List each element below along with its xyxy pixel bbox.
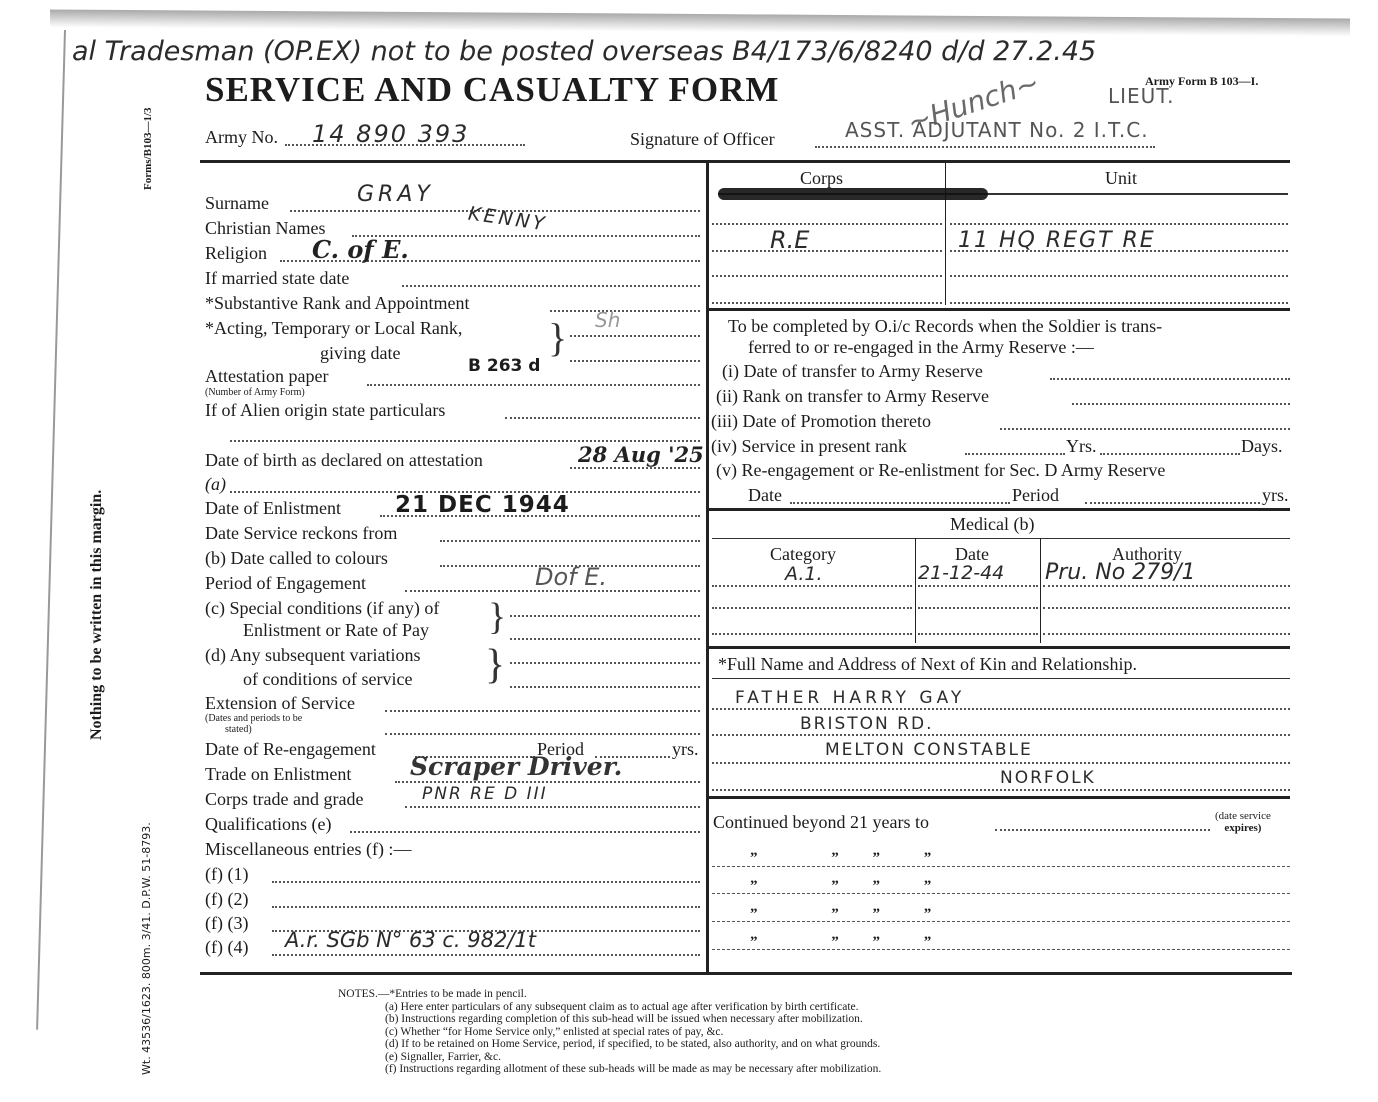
misc-entry-4-value: A.r. SGb N° 63 c. 982/1t [285,928,536,952]
medical-date-value: 21-12-44 [918,562,1004,584]
misc-entry-label: (f) (2) [205,889,248,910]
christian-names-label: Christian Names [205,218,325,239]
acting-rank-mark: Sh [595,308,620,332]
trade-label: Trade on Enlistment [205,764,351,785]
note-item: (e) Signaller, Farrier, &c. [385,1051,881,1064]
ditto-marks: ” ” ” ” [750,850,931,867]
next-of-kin-rule [712,678,1290,679]
surname-value: GRAY [357,182,434,207]
brace: } [488,598,506,636]
reserve-item-5: (v) Re-engagement or Re-enlistment for S… [716,460,1165,481]
christian-names-value: KENNY [467,203,549,236]
extension-sublabel-2: stated) [225,725,252,735]
corps-trade-value: PNR RE D III [422,784,548,804]
medical-col-divider [915,538,916,643]
misc-label: Miscellaneous entries (f) :— [205,839,411,860]
unit-header: Unit [1105,168,1137,189]
handwritten-posting-note: al Tradesman (OP.EX) not to be posted ov… [72,36,1096,67]
signature-line [815,146,1155,148]
reserve-yrs-label: Yrs. [1066,436,1097,457]
notes-list: (a) Here enter particulars of any subseq… [338,1001,881,1076]
a-label: (a) [205,474,226,495]
corps-trade-label: Corps trade and grade [205,789,363,810]
service-reckons-label: Date Service reckons from [205,523,397,544]
scan-shadow-band [50,9,1350,36]
reserve-period-label: Period [1012,485,1059,506]
section-rule [709,308,1290,311]
continued-suffix-2: expires) [1215,822,1271,834]
note-item: (c) Whether “for Home Service only,” enl… [385,1026,881,1039]
enlistment-label: Date of Enlistment [205,498,341,519]
stamp-title: ASST. ADJUTANT No. 2 I.T.C. [845,118,1149,142]
engagement-label: Period of Engagement [205,573,366,594]
reengagement-yrs-label: yrs. [672,739,699,760]
redaction-strike [718,188,988,200]
next-of-kin-line: BRISTON RD. [800,714,933,734]
continued-suffix-1: (date service [1215,810,1271,822]
paper-edge [36,30,66,1030]
corps-unit-divider [945,160,946,305]
misc-entry-label: (f) (1) [205,864,248,885]
called-colours-label: (b) Date called to colours [205,548,388,569]
attestation-sublabel: (Number of Army Form) [205,388,305,398]
brace: } [485,644,505,686]
margin-warning: Nothing to be written in this margin. [88,490,106,740]
enlistment-date-stamp: 21 DEC 1944 [395,492,570,518]
surname-label: Surname [205,193,269,214]
variations-label: (d) Any subsequent variations [205,645,420,666]
acting-rank-label: *Acting, Temporary or Local Rank, [205,318,462,339]
corps-header: Corps [800,168,843,189]
trade-value: Scraper Driver. [410,752,622,781]
medical-title: Medical (b) [950,514,1034,535]
misc-entry-label: (f) (3) [205,913,248,934]
medical-col-divider [1040,538,1041,643]
special-conditions-label: (c) Special conditions (if any) of [205,598,439,619]
attestation-value: B 263 d [468,356,540,376]
section-rule [709,646,1290,649]
reserve-yrs-suffix: yrs. [1262,485,1289,506]
army-no-label: Army No. [205,127,278,148]
substantive-rank-label: *Substantive Rank and Appointment [205,293,469,314]
qualifications-label: Qualifications (e) [205,814,331,835]
reserve-item-2: (ii) Rank on transfer to Army Reserve [716,386,989,407]
attestation-label: Attestation paper [205,366,328,387]
religion-value: C. of E. [312,235,409,264]
printer-imprint: Wt. 43536/1623. 800m. 3/41. D.P.W. 51-87… [140,822,153,1075]
top-rule [200,160,1290,163]
medical-authority-value: Pru. No 279/1 [1045,560,1196,585]
army-no-value: 14 890 393 [312,120,469,148]
next-of-kin-title: *Full Name and Address of Next of Kin an… [718,654,1137,675]
note-item: (d) If to be retained on Home Service, p… [385,1038,881,1051]
stamp-rank: LIEUT. [1108,84,1175,108]
brace: } [548,318,567,358]
reserve-item-3: (iii) Date of Promotion thereto [711,411,931,432]
reserve-item-1: (i) Date of transfer to Army Reserve [722,361,983,382]
special-conditions-label-2: Enlistment or Rate of Pay [243,620,429,641]
reserve-days-label: Days. [1241,436,1283,457]
note-item: (b) Instructions regarding completion of… [385,1013,881,1026]
next-of-kin-line: NORFOLK [1000,768,1096,788]
dob-label: Date of birth as declared on attestation [205,450,483,471]
center-divider [706,160,709,975]
medical-rule [712,538,1290,539]
misc-entry-label: (f) (4) [205,937,248,958]
continued-suffix: (date service expires) [1215,810,1271,834]
page-title: SERVICE AND CASUALTY FORM [205,70,779,110]
reengagement-label: Date of Re-engagement [205,739,376,760]
section-rule [709,508,1290,511]
note-item: (a) Here enter particulars of any subseq… [385,1001,881,1014]
continued-label: Continued beyond 21 years to [713,812,929,833]
next-of-kin-line: MELTON CONSTABLE [825,740,1033,760]
signature-label: Signature of Officer [630,129,775,150]
notes-heading: NOTES.—*Entries to be made in pencil. [338,988,881,1001]
married-label: If married state date [205,268,349,289]
variations-label-2: of conditions of service [243,669,412,690]
extension-label: Extension of Service [205,693,355,714]
margin-form-code: Forms/B103—1/3 [142,108,154,191]
dob-value: 28 Aug '25 [578,442,704,467]
reserve-intro-2: ferred to or re-engaged in the Army Rese… [748,337,1094,358]
medical-col-category: Category [770,544,836,565]
alien-label: If of Alien origin state particulars [205,400,445,421]
engagement-value: Dof E. [535,563,607,591]
note-item: (f) Instructions regarding allotment of … [385,1063,881,1076]
section-rule [709,796,1290,799]
reserve-date-label: Date [748,485,782,506]
reserve-item-4: (iv) Service in present rank [711,436,907,457]
next-of-kin-line: FATHER HARRY GAY [735,688,965,708]
bottom-rule [200,972,1292,975]
notes-section: NOTES.—*Entries to be made in pencil. (a… [338,988,881,1076]
acting-rank-giving-date: giving date [320,343,400,364]
reserve-intro: To be completed by O.i/c Records when th… [728,316,1162,337]
medical-category-value: A.1. [785,563,823,585]
religion-label: Religion [205,243,267,264]
extension-sublabel: (Dates and periods to be [205,714,302,724]
